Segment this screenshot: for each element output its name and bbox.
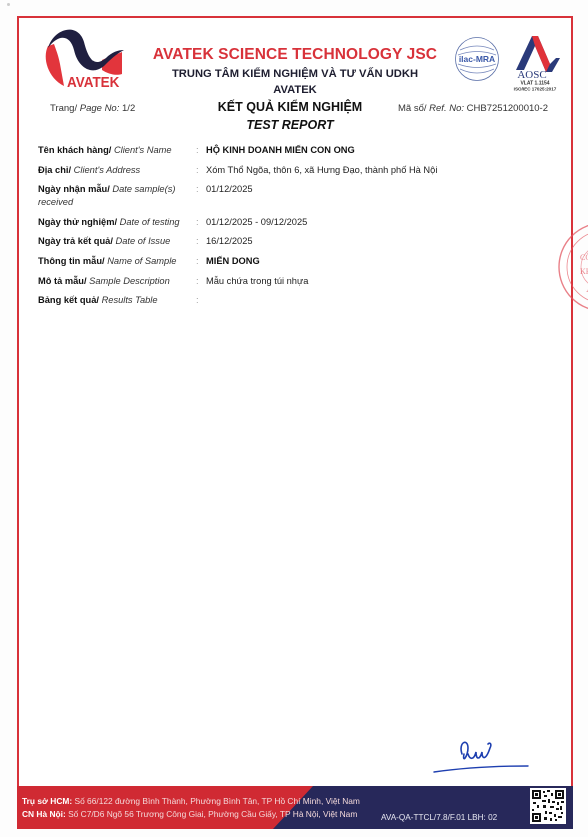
ref-value: CHB7251200010-2 — [467, 103, 548, 114]
field-label-vi: Bảng kết quả/ — [38, 295, 99, 305]
field-row: Ngày trả kết quả/ Date of Issue:16/12/20… — [38, 235, 528, 248]
field-label-vi: Mô tả mẫu/ — [38, 276, 87, 286]
field-label-vi: Thông tin mẫu/ — [38, 256, 105, 266]
ref-label-en: Ref. No: — [429, 103, 464, 114]
page-number: Trang/ Page No: 1/2 — [50, 103, 135, 114]
field-colon: : — [196, 144, 206, 157]
field-value: 16/12/2025 — [206, 235, 528, 248]
field-colon: : — [196, 235, 206, 248]
document-frame — [17, 16, 573, 828]
field-value: Xóm Thổ Ngõa, thôn 6, xã Hưng Đạo, thành… — [206, 164, 528, 177]
svg-text:ilac-MRA: ilac-MRA — [459, 54, 495, 64]
scan-artifact — [7, 3, 10, 6]
company-heading: AVATEK SCIENCE TECHNOLOGY JSC TRUNG TÂM … — [150, 46, 440, 98]
field-label-vi: Địa chỉ/ — [38, 165, 71, 175]
field-value: Mẫu chứa trong túi nhựa — [206, 275, 528, 288]
footer-hcm-line: Trụ sở HCM: Số 66/122 đường Bình Thành, … — [22, 795, 360, 808]
avatek-logo-icon: AVATEK — [40, 24, 132, 90]
field-label: Ngày nhận mẫu/ Date sample(s) received — [38, 183, 196, 209]
hn-label: CN Hà Nội: — [22, 809, 66, 819]
field-label-vi: Ngày trả kết quả/ — [38, 236, 113, 246]
field-label: Ngày trả kết quả/ Date of Issue — [38, 235, 196, 248]
field-label: Ngày thử nghiệm/ Date of testing — [38, 216, 196, 229]
form-code: AVA-QA-TTCL/7.8/F.01 LBH: 02 — [381, 813, 497, 822]
field-label-vi: Ngày nhận mẫu/ — [38, 184, 110, 194]
report-fields: Tên khách hàng/ Client's Name:HỘ KINH DO… — [38, 144, 528, 314]
field-label-vi: Ngày thử nghiệm/ — [38, 217, 117, 227]
reference-number: Mã số/ Ref. No: CHB7251200010-2 — [398, 103, 548, 114]
field-row: Bảng kết quả/ Results Table: — [38, 294, 528, 307]
field-label: Bảng kết quả/ Results Table — [38, 294, 196, 307]
field-label: Địa chỉ/ Client's Address — [38, 164, 196, 177]
field-row: Ngày thử nghiệm/ Date of testing:01/12/2… — [38, 216, 528, 229]
field-label: Mô tả mẫu/ Sample Description — [38, 275, 196, 288]
svg-text:AOSC: AOSC — [517, 69, 546, 81]
title-vi: KẾT QUẢ KIỂM NGHIỆM — [200, 99, 380, 115]
field-row: Mô tả mẫu/ Sample Description:Mẫu chứa t… — [38, 275, 528, 288]
svg-text:ISO/IEC 17025:2017: ISO/IEC 17025:2017 — [514, 87, 557, 92]
page-value: 1/2 — [122, 103, 135, 114]
field-label: Thông tin mẫu/ Name of Sample — [38, 255, 196, 268]
field-label-en: Date of Issue — [116, 236, 171, 246]
field-label-en: Sample Description — [89, 276, 170, 286]
field-value — [206, 294, 528, 307]
footer-addresses: Trụ sở HCM: Số 66/122 đường Bình Thành, … — [22, 795, 360, 821]
field-label: Tên khách hàng/ Client's Name — [38, 144, 196, 157]
field-colon: : — [196, 183, 206, 209]
field-label-vi: Tên khách hàng/ — [38, 145, 111, 155]
field-value: 01/12/2025 — [206, 183, 528, 209]
field-colon: : — [196, 216, 206, 229]
field-label-en: Date of testing — [120, 217, 180, 227]
report-title: KẾT QUẢ KIỂM NGHIỆM TEST REPORT — [200, 99, 380, 134]
hn-address: Số C7/D6 Ngõ 56 Trương Công Giai, Phường… — [68, 809, 357, 819]
footer-hn-line: CN Hà Nội: Số C7/D6 Ngõ 56 Trương Công G… — [22, 808, 360, 821]
aosc-badge-icon: AOSC VLAT 1.1154 ISO/IEC 17025:2017 — [506, 30, 564, 92]
ilac-mra-badge-icon: ilac-MRA — [454, 36, 500, 82]
hcm-address: Số 66/122 đường Bình Thành, Phường Bình … — [74, 796, 359, 806]
footer-bar: Trụ sở HCM: Số 66/122 đường Bình Thành, … — [17, 786, 573, 829]
official-stamp-icon: CÔ KH A — [558, 212, 588, 322]
field-row: Tên khách hàng/ Client's Name:HỘ KINH DO… — [38, 144, 528, 157]
signature-icon — [432, 734, 532, 780]
svg-text:KH: KH — [580, 267, 588, 276]
field-row: Địa chỉ/ Client's Address:Xóm Thổ Ngõa, … — [38, 164, 528, 177]
company-subtitle: TRUNG TÂM KIỂM NGHIỆM VÀ TƯ VẤN UDKH AVA… — [150, 66, 440, 98]
field-value: MIẾN DONG — [206, 255, 528, 268]
page-label-en: Page No: — [80, 103, 120, 114]
field-colon: : — [196, 164, 206, 177]
field-row: Ngày nhận mẫu/ Date sample(s) received:0… — [38, 183, 528, 209]
qr-code-icon[interactable] — [530, 788, 566, 824]
field-value: HỘ KINH DOANH MIẾN CON ONG — [206, 144, 528, 157]
field-colon: : — [196, 275, 206, 288]
field-label-en: Results Table — [102, 295, 158, 305]
page-label-vi: Trang/ — [50, 103, 77, 114]
svg-text:AVATEK: AVATEK — [67, 74, 120, 90]
field-label-en: Client's Address — [74, 165, 141, 175]
svg-text:CÔ: CÔ — [580, 252, 588, 262]
ref-label-vi: Mã số/ — [398, 103, 427, 114]
field-label-en: Client's Name — [114, 145, 172, 155]
field-row: Thông tin mẫu/ Name of Sample:MIẾN DONG — [38, 255, 528, 268]
title-en: TEST REPORT — [200, 117, 380, 134]
company-name: AVATEK SCIENCE TECHNOLOGY JSC — [150, 46, 440, 64]
hcm-label: Trụ sở HCM: — [22, 796, 72, 806]
field-value: 01/12/2025 - 09/12/2025 — [206, 216, 528, 229]
field-label-en: Name of Sample — [107, 256, 176, 266]
field-colon: : — [196, 255, 206, 268]
field-colon: : — [196, 294, 206, 307]
